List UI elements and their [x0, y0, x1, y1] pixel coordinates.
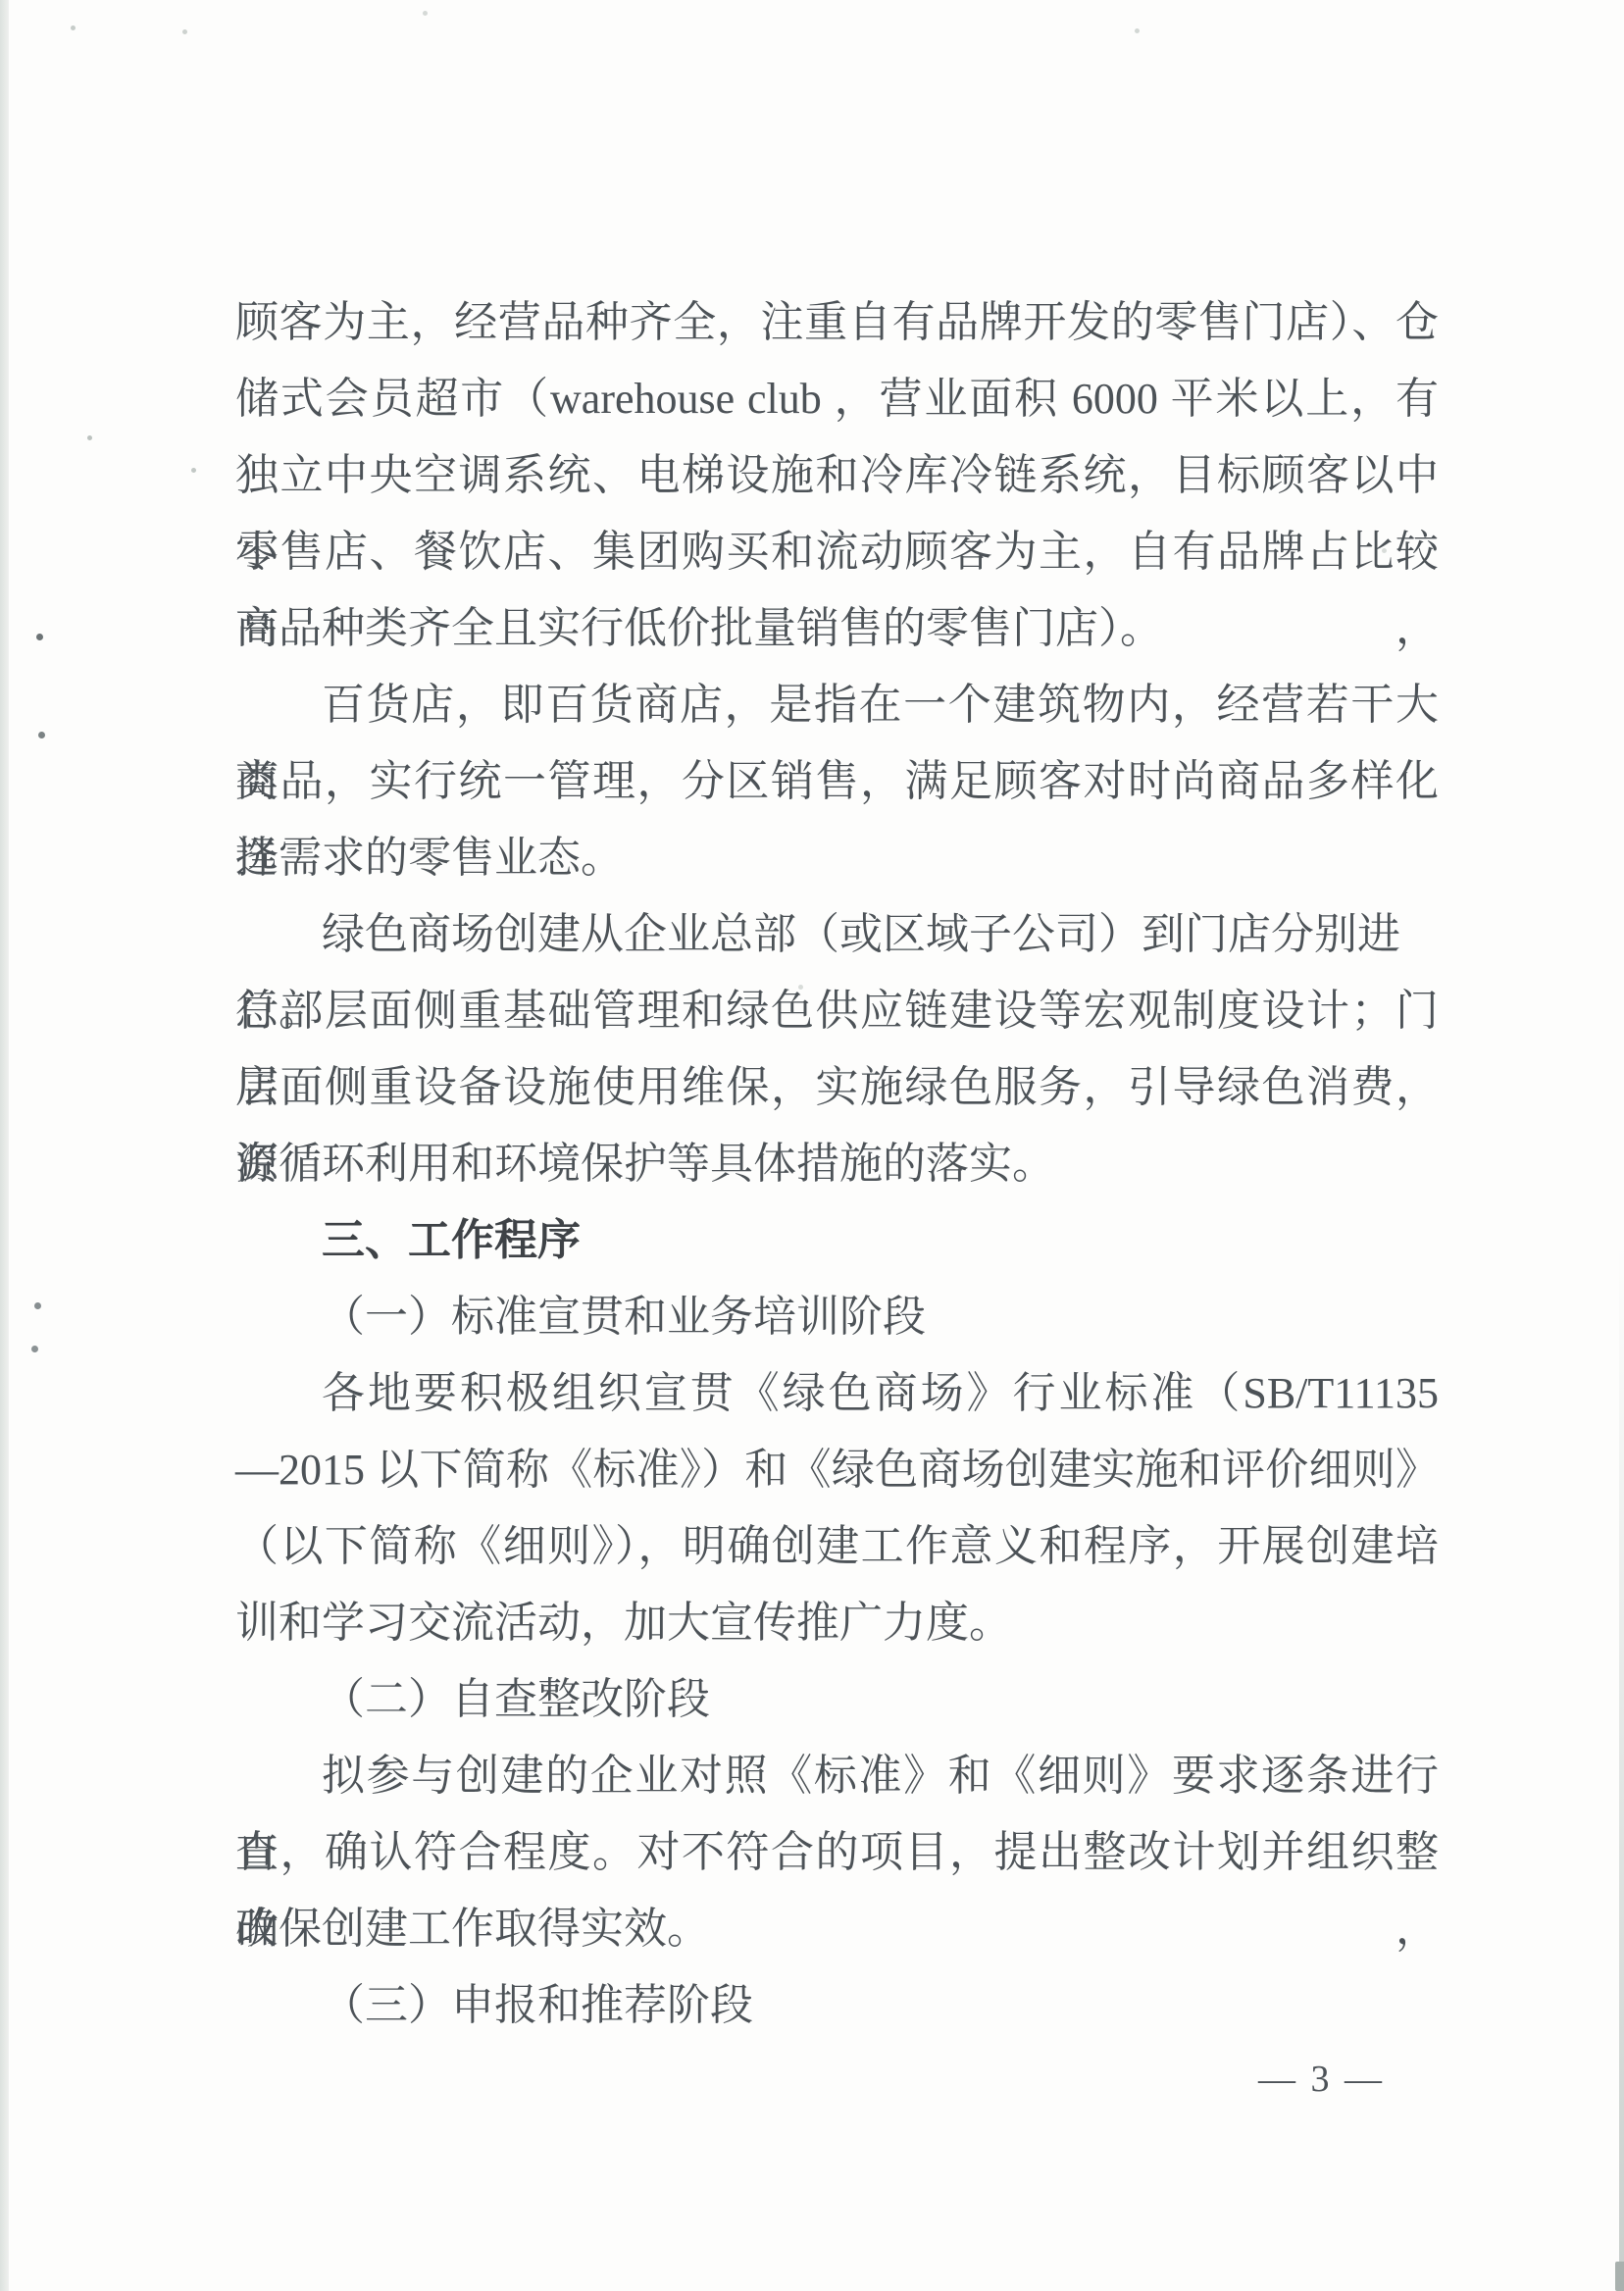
- page-number: — 3 —: [1258, 2054, 1385, 2105]
- text-line: 绿色商场创建从企业总部（或区域子公司）到门店分别进行。: [235, 896, 1439, 973]
- text-line: 百货店，即百货商店，是指在一个建筑物内，经营若干大类: [235, 667, 1439, 743]
- sub-heading: （二）自查整改阶段: [235, 1661, 1439, 1738]
- text-line: —2015 以下简称《标准》）和《绿色商场创建实施和评价细则》: [235, 1432, 1439, 1508]
- scan-edge-left: [0, 0, 9, 2291]
- scan-specks: [0, 0, 3, 3]
- text-line: 训和学习交流活动，加大宣传推广力度。: [235, 1585, 1439, 1661]
- text-line: 商品，实行统一管理，分区销售，满足顾客对时尚商品多样化选: [235, 743, 1439, 820]
- text-line: 独立中央空调系统、电梯设施和冷库冷链系统，目标顾客以中小: [235, 437, 1439, 514]
- text-line: 各地要积极组织宣贯《绿色商场》行业标准（SB/T11135: [235, 1355, 1439, 1432]
- text-line: 拟参与创建的企业对照《标准》和《细则》要求逐条进行自: [235, 1738, 1439, 1814]
- sub-heading: （三）申报和推荐阶段: [235, 1967, 1439, 2044]
- document-body: 顾客为主，经营品种齐全，注重自有品牌开发的零售门店）、仓 储式会员超市（ware…: [235, 284, 1439, 2044]
- scanned-document-page: 顾客为主，经营品种齐全，注重自有品牌开发的零售门店）、仓 储式会员超市（ware…: [0, 0, 1624, 2291]
- scan-corner-mark: [1615, 2262, 1624, 2291]
- text-line: 层面侧重设备设施使用维保，实施绿色服务，引导绿色消费，资: [235, 1049, 1439, 1126]
- text-line: 顾客为主，经营品种齐全，注重自有品牌开发的零售门店）、仓: [235, 284, 1439, 361]
- text-line: 择需求的零售业态。: [235, 820, 1439, 896]
- text-line: 储式会员超市（warehouse club ，营业面积 6000 平米以上，有: [235, 361, 1439, 437]
- text-line: 总部层面侧重基础管理和绿色供应链建设等宏观制度设计；门店: [235, 973, 1439, 1049]
- scan-edge-right: [1619, 1246, 1624, 2291]
- text-line: 零售店、餐饮店、集团购买和流动顾客为主，自有品牌占比较高，: [235, 514, 1439, 590]
- section-heading: 三、工作程序: [235, 1202, 1439, 1279]
- text-line: （以下简称《细则》），明确创建工作意义和程序，开展创建培: [235, 1508, 1439, 1585]
- text-line: 查，确认符合程度。对不符合的项目，提出整改计划并组织整改，: [235, 1814, 1439, 1891]
- sub-heading: （一）标准宣贯和业务培训阶段: [235, 1279, 1439, 1355]
- text-line: 源循环利用和环境保护等具体措施的落实。: [235, 1126, 1439, 1202]
